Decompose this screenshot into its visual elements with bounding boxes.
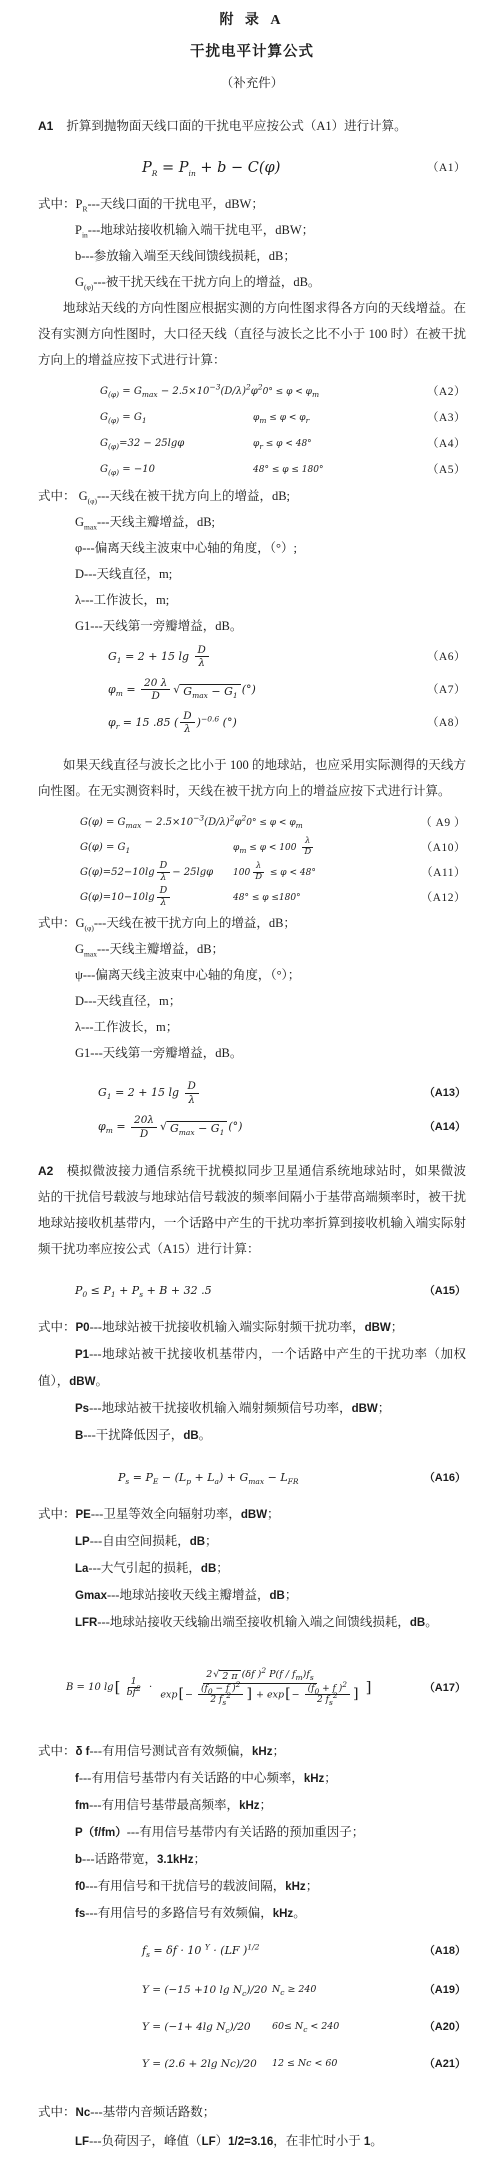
definition-line: φ---偏离天线主波束中心轴的角度，（°）;: [75, 535, 466, 561]
condition: 0° ≤ φ < φm: [246, 810, 302, 836]
definition-line: f0---有用信号和干扰信号的载波间隔，kHz；: [75, 1873, 466, 1900]
definition-line: ψ---偏离天线主波束中心轴的角度，（°）；: [75, 962, 466, 988]
equation-number: （A5）: [427, 457, 466, 483]
equation-a6: G1 = 2 + 15 lg Dλ （A6）: [38, 641, 466, 672]
formula: G1 = 2 + 15 lg Dλ: [108, 644, 211, 670]
formula: PR = Pin + b − C(φ): [142, 155, 280, 181]
definition-line: D---天线直径，m;: [75, 561, 466, 587]
equation-number: （A12）: [421, 885, 466, 911]
equation-number: （A19）: [424, 1977, 466, 2003]
equation-number: （A2）: [427, 379, 466, 405]
definition-line: P1---地球站被干扰接收机基带内，一个话路中产生的干扰功率（加权值），dBW。: [38, 1341, 466, 1395]
definition-line: LP---自由空间损耗，dB；: [75, 1528, 466, 1555]
formula: G(φ) = G1: [100, 405, 253, 431]
equation-a15: P0 ≤ P1 + Ps + B + 32 .5 （A15）: [38, 1278, 466, 1304]
equation-a11: G(φ)=52−10lgDλ− 25lgφ 100λD ≤ φ < 48° （A…: [38, 860, 466, 885]
definition-line: LF---负荷因子，峰值（LF）1/2=3.16，在非忙时小于 1。: [75, 2127, 466, 2156]
definition-line: f---有用信号基带内有关话路的中心频率，kHz；: [75, 1765, 466, 1792]
definition-line: 式中：Nc---基带内音频话路数；: [38, 2098, 466, 2127]
formula: φm = 20 λD√Gmax − G1(°): [108, 677, 256, 703]
equation-a9: G(φ) = Gmax − 2.5×10−3(D/λ)2φ2 0° ≤ φ < …: [38, 810, 466, 835]
equation-number: （A14）: [424, 1114, 466, 1140]
formula: G(φ) = G1: [80, 835, 233, 861]
formula: G(φ) = Gmax − 2.5×10−3(D/λ)2φ2: [80, 810, 246, 836]
condition: Nc ≥ 240: [272, 1977, 316, 2003]
formula: B = 10 lg[1bf2 · 2√2 π(δf )2 P(f / fm)fs…: [66, 1670, 372, 1705]
equation-a1: PR = Pin + b − C(φ) （A1）: [38, 155, 466, 181]
equation-number: （A10）: [421, 835, 466, 861]
condition: φr ≤ φ < 48°: [253, 431, 312, 457]
definition-line: λ---工作波长，m；: [75, 1014, 466, 1040]
equation-number: （A4）: [427, 431, 466, 457]
equation-number: （A15）: [424, 1278, 466, 1304]
definition-line: 式中： G(φ)---天线在被干扰方向上的增益，dB;: [38, 483, 466, 509]
equation-number: （A18）: [424, 1938, 466, 1964]
condition: 60≤ Nc < 240: [272, 2014, 339, 2040]
condition: 12 ≤ Nc < 60: [272, 2051, 337, 2077]
definition-line: fm---有用信号基带最高频率，kHz；: [75, 1792, 466, 1819]
formula: G(φ)=10−10lgDλ: [80, 885, 233, 911]
equation-a16: Ps = PE − (Lp + La) + Gmax − LFR （A16）: [38, 1463, 466, 1493]
formula: G1 = 2 + 15 lg Dλ: [98, 1080, 201, 1106]
definition-line: 式中：PR---天线口面的干扰电平，dBW；: [38, 191, 466, 217]
equation-a17: B = 10 lg[1bf2 · 2√2 π(δf )2 P(f / fm)fs…: [38, 1648, 466, 1728]
condition: 48° ≤ φ ≤180°: [233, 885, 301, 911]
paragraph-small-antenna: 如果天线直径与波长之比小于 100 的地球站，也应采用实际测得的天线方向性图。在…: [38, 752, 466, 804]
definition-line: G1---天线第一旁瓣增益，dB。: [75, 1040, 466, 1066]
doc-title: 干扰电平计算公式: [38, 43, 466, 61]
definition-line: B---干扰降低因子，dB。: [75, 1422, 466, 1449]
definition-line: G1---天线第一旁瓣增益，dB。: [75, 613, 466, 639]
condition: 100λD ≤ φ < 48°: [233, 860, 316, 886]
definition-line: fs---有用信号的多路信号有效频偏，kHz。: [75, 1900, 466, 1927]
equation-a18: fs = δf · 10 Y · (LF )1/2 （A18）: [38, 1937, 466, 1965]
equation-number: （A17）: [424, 1675, 466, 1701]
formula: G(φ) = −10: [100, 457, 253, 483]
paragraph-a1-intro: A1折算到抛物面天线口面的干扰电平应按公式（A1）进行计算。: [38, 113, 466, 139]
equation-a10: G(φ) = G1 φm ≤ φ < 100 λD （A10）: [38, 835, 466, 860]
definition-line: P（f/fm）---有用信号基带内有关话路的预加重因子；: [75, 1819, 466, 1846]
equation-number: （A11）: [421, 860, 466, 886]
definition-line: 式中：PE---卫星等效全向辐射功率，dBW；: [38, 1501, 466, 1528]
definition-line: D---天线直径，m；: [75, 988, 466, 1014]
paragraph-a2-intro: A2模拟微波接力通信系统干扰模拟同步卫星通信系统地球站时，如果微波站的干扰信号载…: [38, 1158, 466, 1262]
definition-line: Gmax---天线主瓣增益，dB；: [75, 936, 466, 962]
equation-number: （A6）: [427, 644, 466, 670]
equation-a3: G(φ) = G1 φm ≤ φ < φr （A3）: [38, 405, 466, 431]
formula: φm = 20λD√Gmax − G1(°): [98, 1114, 242, 1140]
formula: Y = (−15 +10 lg Nc)/20: [142, 1977, 272, 2003]
formula: fs = δf · 10 Y · (LF )1/2: [142, 1938, 259, 1964]
formula: P0 ≤ P1 + Ps + B + 32 .5: [75, 1278, 212, 1304]
equation-number: （A16）: [424, 1465, 466, 1491]
equation-a19: Y = (−15 +10 lg Nc)/20 Nc ≥ 240 （A19）: [38, 1971, 466, 2008]
definition-line: LFR---地球站接收天线输出端至接收机输入端之间馈线损耗，dB。: [75, 1609, 466, 1636]
definition-line: Gmax---地球站接收天线主瓣增益，dB；: [75, 1582, 466, 1609]
definition-line: 式中：P0---地球站被干扰接收机输入端实际射频干扰功率，dBW；: [38, 1314, 466, 1341]
definition-line: Pin---地球站接收机输入端干扰电平，dBW；: [75, 217, 466, 243]
equation-a12: G(φ)=10−10lgDλ 48° ≤ φ ≤180° （A12）: [38, 885, 466, 910]
equation-a13: G1 = 2 + 15 lg Dλ （A13）: [38, 1076, 466, 1110]
formula: Y = (2.6 + 2lg Nc)/20: [142, 2051, 272, 2077]
section-label-a1: A1: [38, 119, 53, 133]
paragraph-antenna-pattern: 地球站天线的方向性图应根据实测的方向性图求得各方向的天线增益。在没有实测方向性图…: [38, 295, 466, 373]
definition-line: b---参放输入端至天线间馈线损耗，dB；: [75, 243, 466, 269]
definition-line: La---大气引起的损耗，dB；: [75, 1555, 466, 1582]
doc-subtitle: （补充件）: [38, 74, 466, 92]
equation-a4: G(φ)=32 − 25lgφ φr ≤ φ < 48° （A4）: [38, 431, 466, 457]
condition: 0° ≤ φ < φm: [263, 379, 319, 405]
equation-number: （ A9 ）: [420, 810, 466, 836]
definition-line: 式中：G(φ)---天线在被干扰方向上的增益，dB；: [38, 910, 466, 936]
definition-line: b---话路带宽，3.1kHz；: [75, 1846, 466, 1873]
equation-a7: φm = 20 λD√Gmax − G1(°) （A7）: [38, 674, 466, 705]
condition: 48° ≤ φ ≤ 180°: [253, 457, 323, 483]
document-page: 附 录 A 干扰电平计算公式 （补充件） A1折算到抛物面天线口面的干扰电平应按…: [0, 12, 500, 2156]
equation-a14: φm = 20λD√Gmax − G1(°) （A14）: [38, 1110, 466, 1144]
condition: φm ≤ φ < 100 λD: [233, 835, 316, 861]
equation-number: （A1）: [427, 155, 466, 181]
equation-a5: G(φ) = −10 48° ≤ φ ≤ 180° （A5）: [38, 457, 466, 483]
equation-number: （A3）: [427, 405, 466, 431]
appendix-label: 附 录 A: [38, 12, 466, 30]
formula: G(φ) = Gmax − 2.5×10−3(D/λ)2φ2: [100, 379, 263, 405]
section-label-a2: A2: [38, 1164, 53, 1178]
definition-line: G(φ)---被干扰天线在干扰方向上的增益，dB。: [75, 269, 466, 295]
equation-number: （A21）: [424, 2051, 466, 2077]
equation-number: （A20）: [424, 2014, 466, 2040]
formula: G(φ)=32 − 25lgφ: [100, 431, 253, 457]
condition: φm ≤ φ < φr: [253, 405, 309, 431]
formula: Y = (−1+ 4lg Nc)/20: [142, 2014, 272, 2040]
formula: G(φ)=52−10lgDλ− 25lgφ: [80, 860, 233, 886]
definition-line: λ---工作波长，m;: [75, 587, 466, 613]
paragraph-text: 折算到抛物面天线口面的干扰电平应按公式（A1）进行计算。: [66, 119, 406, 133]
equation-a8: φr = 15 .85 (Dλ)−0.6 (°) （A8）: [38, 707, 466, 738]
definition-line: 式中：δ f---有用信号测试音有效频偏，kHz；: [38, 1738, 466, 1765]
equation-number: （A8）: [427, 710, 466, 736]
paragraph-text: 模拟微波接力通信系统干扰模拟同步卫星通信系统地球站时，如果微波站的干扰信号载波与…: [38, 1164, 466, 1256]
definition-line: Gmax---天线主瓣增益，dB;: [75, 509, 466, 535]
formula: Ps = PE − (Lp + La) + Gmax − LFR: [118, 1465, 299, 1491]
equation-a20: Y = (−1+ 4lg Nc)/20 60≤ Nc < 240 （A20）: [38, 2008, 466, 2045]
equation-a21: Y = (2.6 + 2lg Nc)/20 12 ≤ Nc < 60 （A21）: [38, 2045, 466, 2082]
equation-number: （A7）: [427, 677, 466, 703]
equation-number: （A13）: [424, 1080, 466, 1106]
formula: φr = 15 .85 (Dλ)−0.6 (°): [108, 710, 237, 736]
definition-line: Ps---地球站被干扰接收机输入端射频频信号功率，dBW；: [75, 1395, 466, 1422]
equation-a2: G(φ) = Gmax − 2.5×10−3(D/λ)2φ2 0° ≤ φ < …: [38, 379, 466, 405]
